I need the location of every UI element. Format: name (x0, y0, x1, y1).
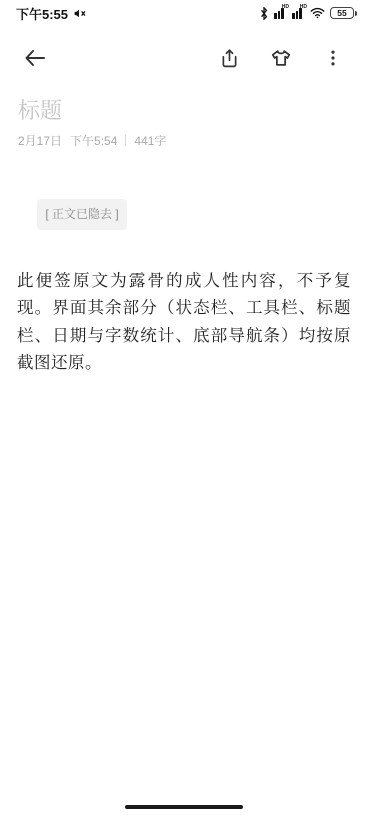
home-indicator[interactable] (125, 805, 243, 809)
more-menu-icon[interactable] (316, 41, 350, 75)
redaction-badge: [ 正文已隐去 ] (37, 199, 126, 231)
note-date: 2月17日 (18, 132, 62, 149)
note-title-input[interactable] (0, 84, 368, 128)
signal-icon-sim2: HD (292, 8, 305, 19)
note-toolbar (0, 32, 368, 84)
status-bar: 下午5:55 HD HD (0, 0, 368, 26)
notes-app-screen: 下午5:55 HD HD (0, 0, 368, 816)
note-time: 下午5:54 (70, 132, 117, 149)
theme-tshirt-icon[interactable] (264, 41, 298, 75)
bluetooth-icon (259, 7, 269, 20)
battery-percent: 55 (337, 8, 346, 18)
wifi-icon (310, 7, 325, 19)
note-meta: 2月17日 下午5:54 441字 (0, 128, 368, 149)
back-arrow-icon[interactable] (18, 41, 52, 75)
note-body-text: 此便签原文为露骨的成人性内容，不予复现。界面其余部分（状态栏、工具栏、标题栏、日… (17, 268, 351, 378)
note-body-editor[interactable]: [ 正文已隐去 ] 此便签原文为露骨的成人性内容，不予复现。界面其余部分（状态栏… (0, 149, 368, 739)
meta-divider (125, 135, 126, 146)
mute-icon (73, 7, 86, 20)
note-char-count: 441字 (134, 132, 166, 149)
signal-icon-sim1: HD (274, 8, 287, 19)
status-time: 下午5:55 (16, 4, 68, 23)
battery-icon: 55 (330, 7, 354, 20)
share-icon[interactable] (212, 41, 246, 75)
